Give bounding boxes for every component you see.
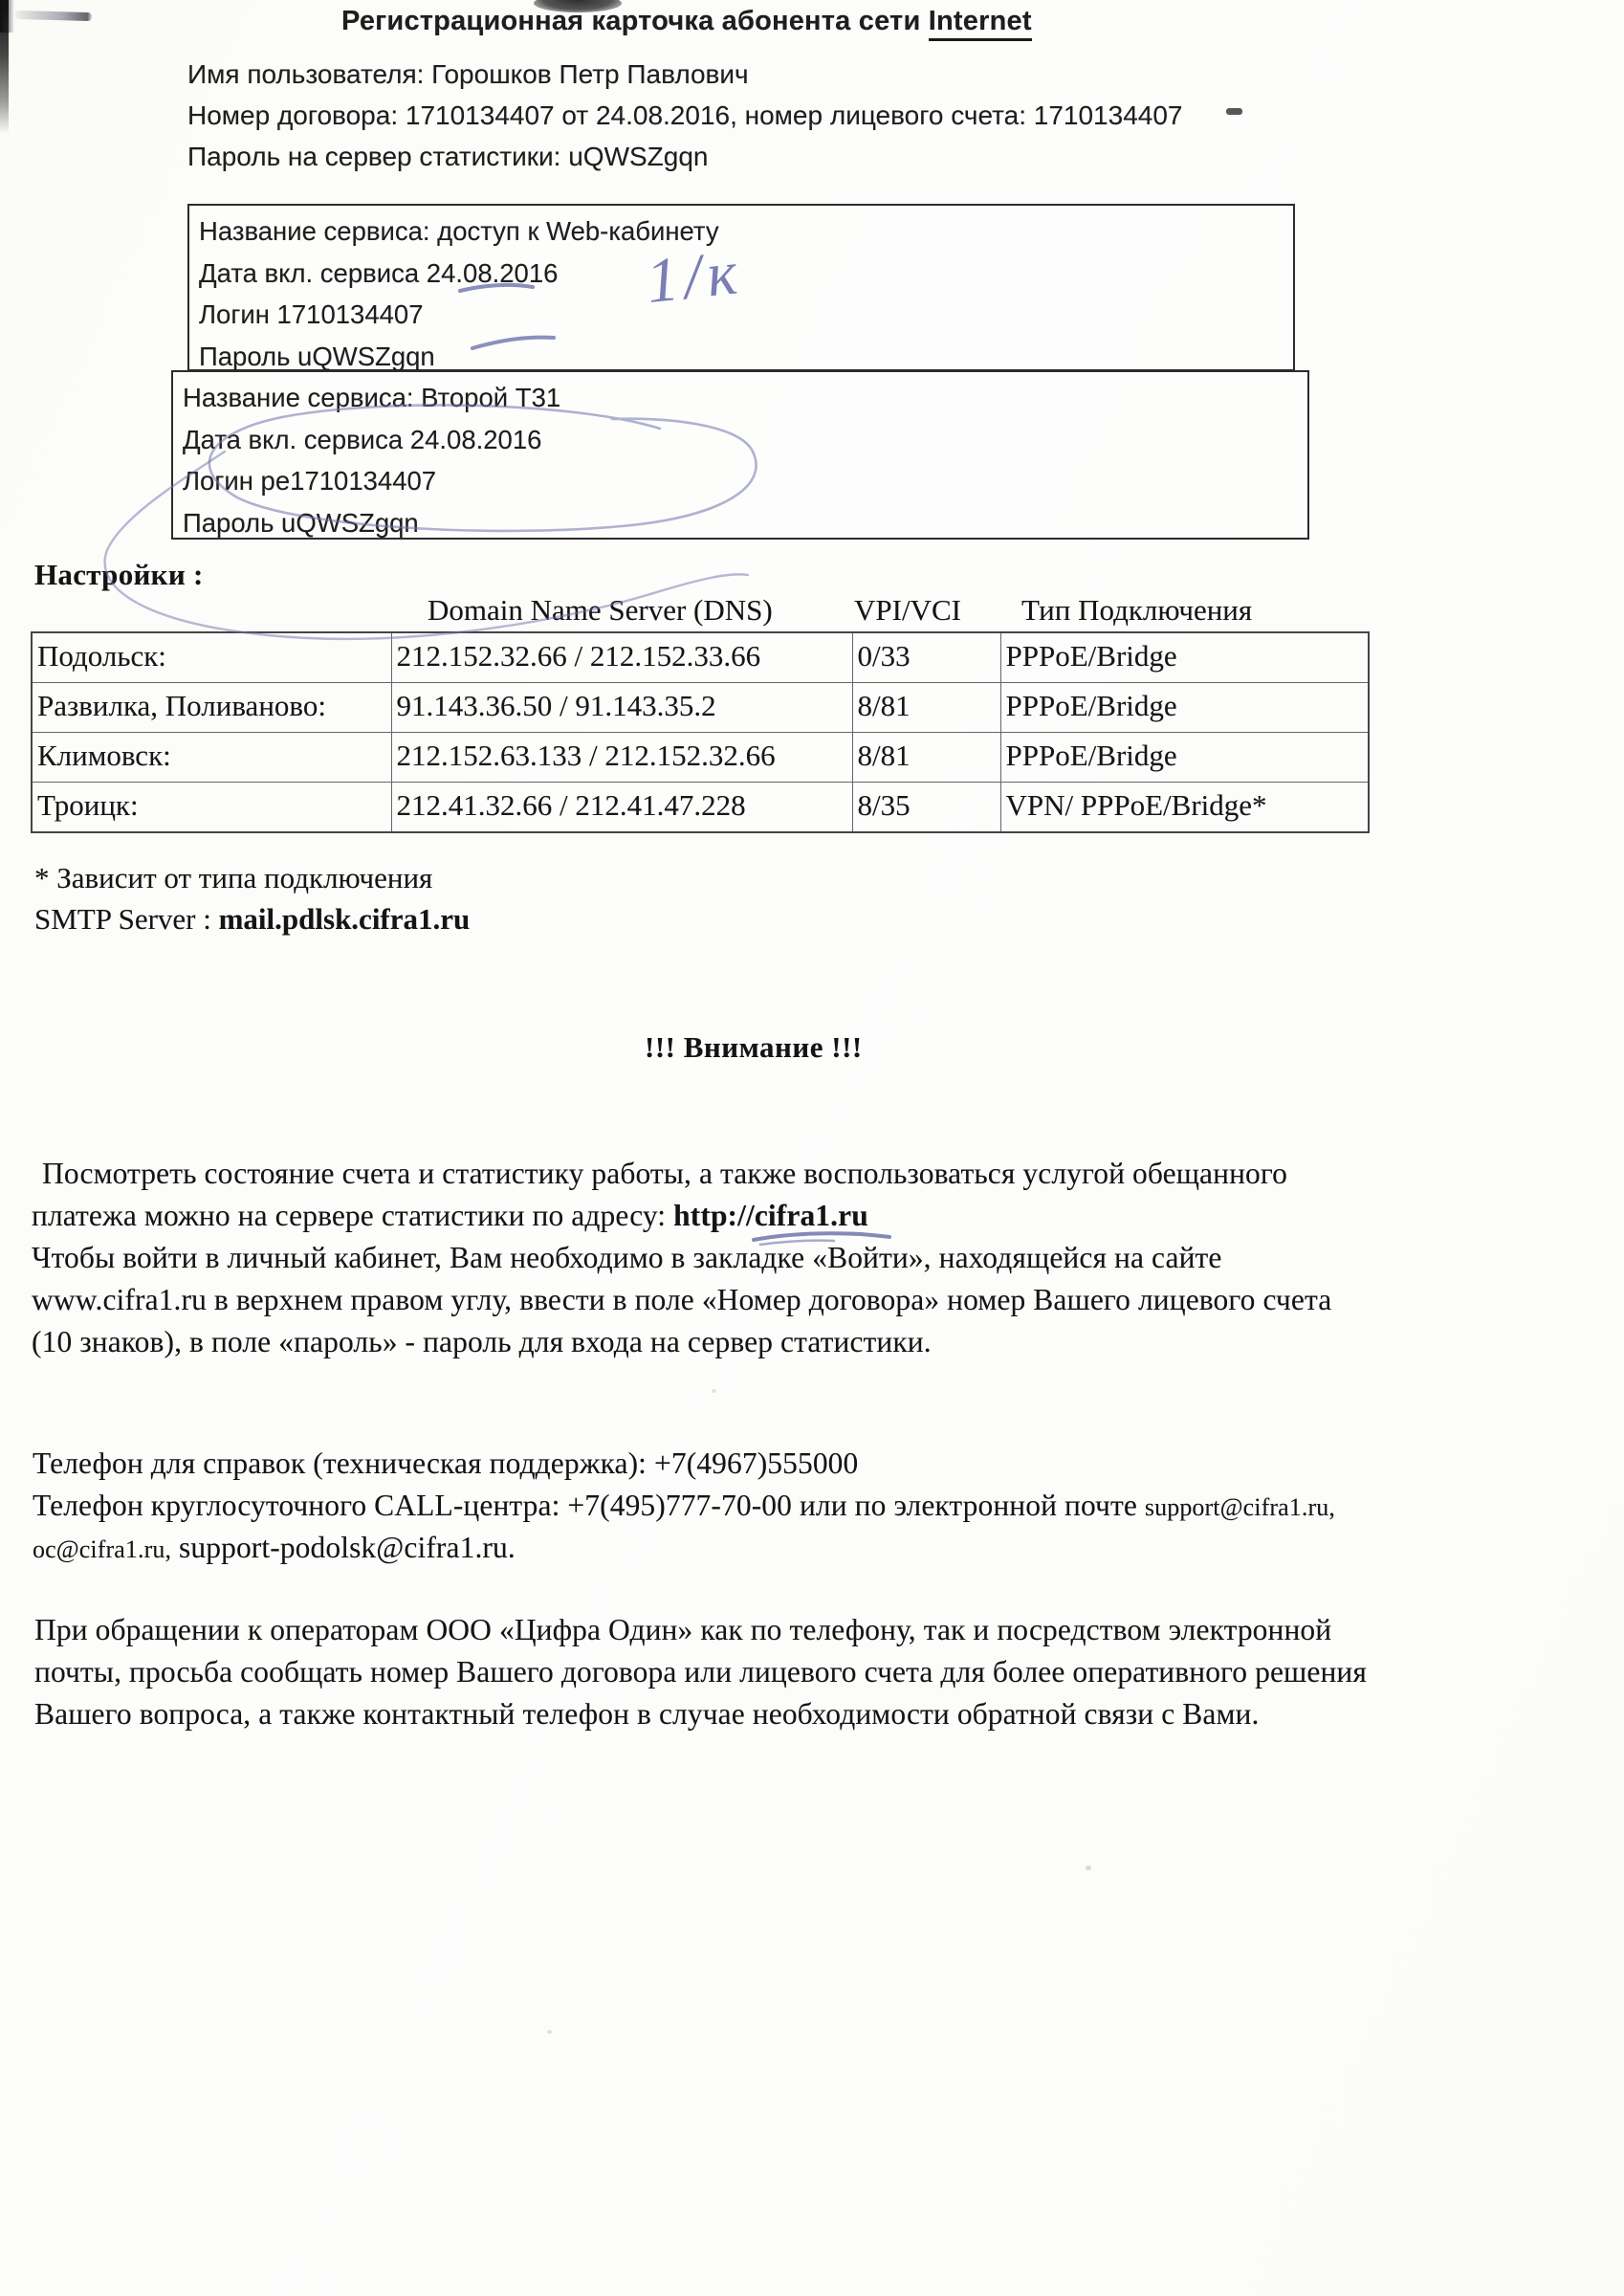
pen-dash-after-password (472, 338, 554, 348)
pen-ellipse-annotation (209, 406, 757, 531)
pen-arc-annotation (105, 452, 748, 639)
pen-annotations-overlay (0, 0, 1624, 2296)
pen-underline-url (754, 1233, 889, 1240)
scanned-registration-card: Регистрационная карточка абонента сети I… (0, 0, 1624, 2296)
pen-dash-after-login (460, 285, 533, 291)
pen-underline-url-second-stroke (760, 1241, 834, 1245)
